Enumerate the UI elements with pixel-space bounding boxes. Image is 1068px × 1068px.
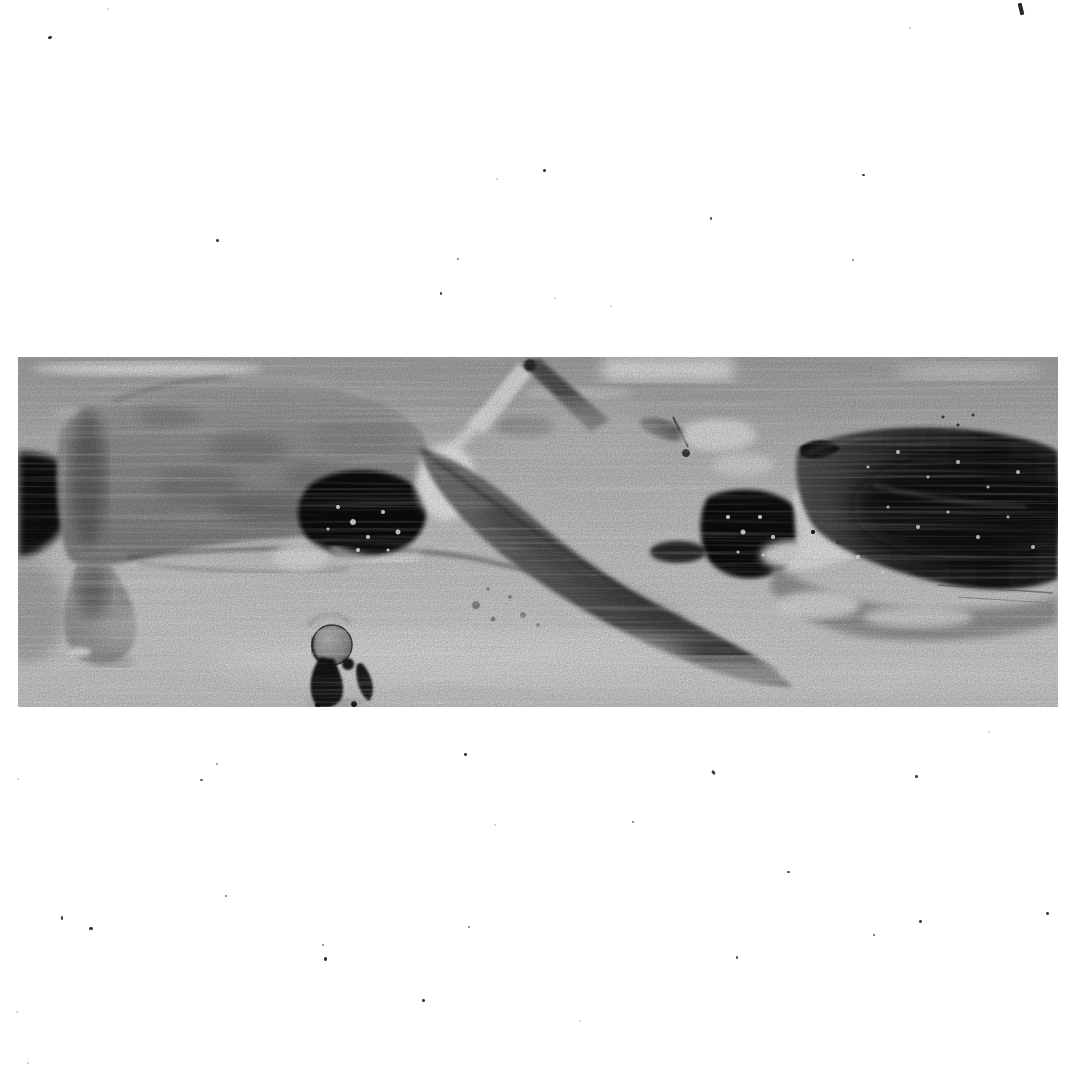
dust-speck <box>787 871 790 873</box>
dust-speck <box>322 944 324 946</box>
dust-speck <box>107 8 109 10</box>
dust-speck <box>554 297 556 299</box>
dust-speck <box>579 1020 581 1022</box>
dust-speck <box>225 895 227 897</box>
abstract-painting <box>18 357 1058 707</box>
dust-speck <box>862 174 865 176</box>
dust-speck <box>27 1062 29 1064</box>
dust-speck <box>464 753 467 756</box>
dust-speck <box>543 169 546 172</box>
dust-speck <box>216 763 218 765</box>
dust-speck <box>988 731 990 733</box>
dust-speck <box>422 999 425 1002</box>
dust-speck <box>216 239 219 242</box>
dust-speck <box>1046 912 1049 915</box>
dust-speck <box>468 926 470 928</box>
dust-speck <box>873 934 875 936</box>
dust-speck <box>710 217 712 220</box>
dust-speck <box>711 770 716 776</box>
artwork-region <box>18 357 1058 707</box>
dust-speck <box>200 779 203 781</box>
dust-speck <box>610 305 612 307</box>
dust-speck <box>919 920 922 923</box>
dust-speck <box>440 292 442 295</box>
dust-speck <box>48 35 53 39</box>
dust-speck <box>1018 3 1025 16</box>
dust-speck <box>16 1011 18 1013</box>
dust-speck <box>61 916 63 920</box>
page-background <box>0 0 1068 1068</box>
dust-speck <box>324 957 327 961</box>
grain-overlay <box>18 357 1058 707</box>
dust-speck <box>89 927 93 930</box>
dust-speck <box>632 821 634 823</box>
dust-speck <box>915 775 918 778</box>
dust-speck <box>736 956 738 959</box>
dust-speck <box>909 27 911 29</box>
dust-speck <box>457 258 459 260</box>
dust-speck <box>852 259 854 261</box>
dust-speck <box>494 824 496 826</box>
dust-speck <box>496 178 498 180</box>
dust-speck <box>17 778 19 780</box>
